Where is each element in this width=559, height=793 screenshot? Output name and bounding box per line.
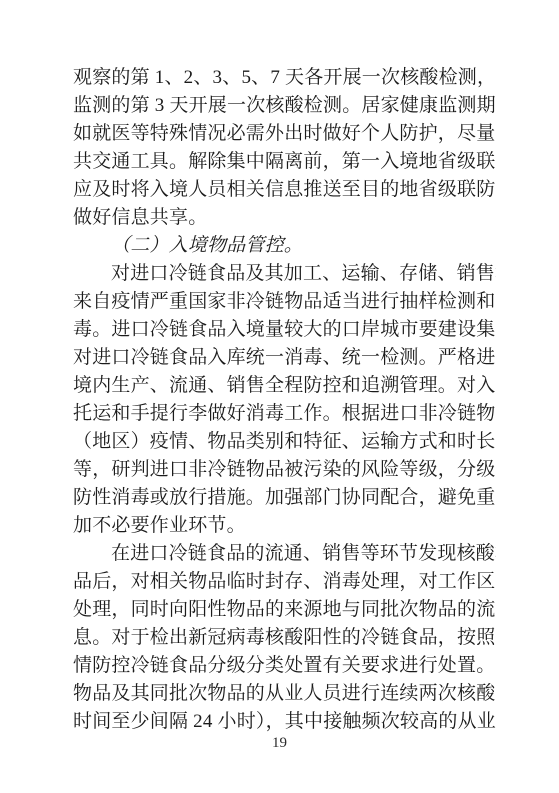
paragraph-imported-goods: 对进口冷链食品及其加工、运输、存储、销售场所环境及 来自疫情严重国家非冷链物品适…: [73, 260, 496, 540]
text-line: 物品及其同批次物品的从业人员进行连续两次核酸检测（采样: [73, 680, 496, 708]
paragraph-positive-handling: 在进口冷链食品的流通、销售等环节发现核酸检测阳性物 品后，对相关物品临时封存、消…: [73, 540, 496, 736]
text-line: 做好信息共享。: [73, 204, 496, 232]
text-line: 息。对于检出新冠病毒核酸阳性的冷链食品，按照新冠肺炎疫: [73, 624, 496, 652]
text-line: 在进口冷链食品的流通、销售等环节发现核酸检测阳性物: [73, 540, 496, 568]
text-line: 毒。进口冷链食品入境量较大的口岸城市要建设集中监管仓，: [73, 316, 496, 344]
text-line: 品后，对相关物品临时封存、消毒处理，对工作区域进行消毒: [73, 568, 496, 596]
text-line: 托运和手提行李做好消毒工作。根据进口非冷链物品来源国家: [73, 400, 496, 428]
text-line: 防性消毒或放行措施。加强部门协同配合，避免重复消毒和增: [73, 484, 496, 512]
text-line: 处理，同时向阳性物品的来源地与同批次物品的流向地通报信: [73, 596, 496, 624]
text-line: 来自疫情严重国家非冷链物品适当进行抽样检测和预防性消: [73, 288, 496, 316]
text-line: 如就医等特殊情况必需外出时做好个人防护，尽量避免乘坐公: [73, 120, 496, 148]
text-line: 对进口冷链食品及其加工、运输、存储、销售场所环境及: [73, 260, 496, 288]
page-number: 19: [0, 734, 559, 752]
text-line: 情防控冷链食品分级分类处置有关要求进行处置。对接触阳性: [73, 652, 496, 680]
page-body-text: 观察的第 1、2、3、5、7 天各开展一次核酸检测，在居家健康 监测的第 3 天…: [73, 64, 496, 736]
text-line: 境内生产、流通、销售全程防控和追溯管理。对入境航班乘客: [73, 372, 496, 400]
text-line: 监测的第 3 天开展一次核酸检测。居家健康监测期间不外出，: [73, 92, 496, 120]
text-line: 等，研判进口非冷链物品被污染的风险等级，分级分类采取预: [73, 456, 496, 484]
text-line: 应及时将入境人员相关信息推送至目的地省级联防联控机制，: [73, 176, 496, 204]
text-line: 共交通工具。解除集中隔离前，第一入境地省级联防联控机制: [73, 148, 496, 176]
text-line: 加不必要作业环节。: [73, 512, 496, 540]
text-line: （地区）疫情、物品类别和特征、运输方式和时长、装卸方式: [73, 428, 496, 456]
section-heading-paragraph: （二）入境物品管控。: [73, 232, 496, 260]
section-heading: （二）入境物品管控。: [73, 232, 496, 260]
text-line: 对进口冷链食品入库统一消毒、统一检测。严格进口冷链食品: [73, 344, 496, 372]
document-page: 观察的第 1、2、3、5、7 天各开展一次核酸检测，在居家健康 监测的第 3 天…: [0, 0, 559, 793]
text-line: 时间至少间隔 24 小时），其中接触频次较高的从业人员采取 7: [73, 708, 496, 736]
paragraph-continuation: 观察的第 1、2、3、5、7 天各开展一次核酸检测，在居家健康 监测的第 3 天…: [73, 64, 496, 232]
text-line: 观察的第 1、2、3、5、7 天各开展一次核酸检测，在居家健康: [73, 64, 496, 92]
